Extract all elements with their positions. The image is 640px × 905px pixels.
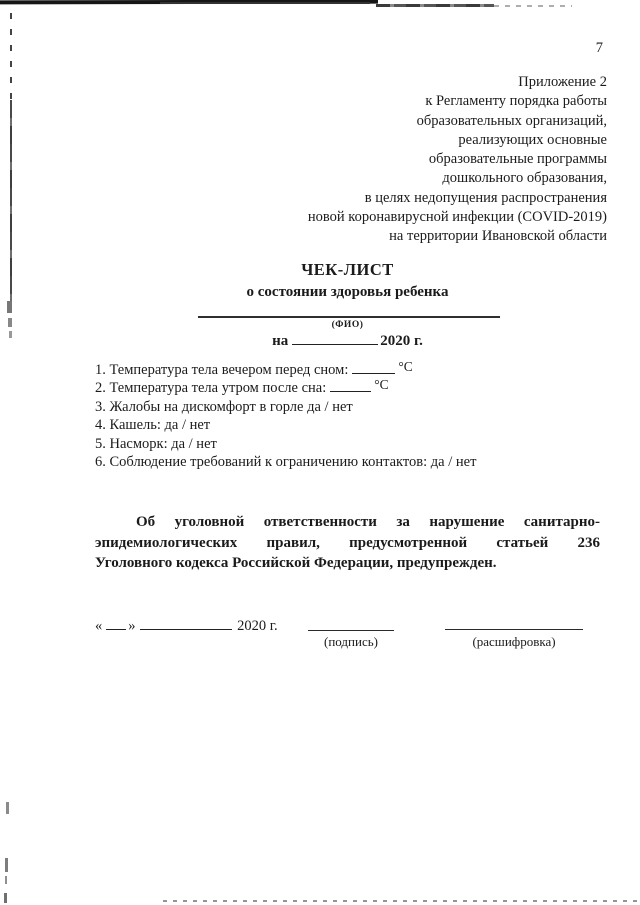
header-line: образовательных организаций, <box>308 112 607 131</box>
checklist-item-throat: 3. Жалобы на дискомфорт в горле да / нет <box>95 398 615 416</box>
checklist: 1. Температура тела вечером перед сном:°… <box>95 361 615 471</box>
header-line: на территории Ивановской области <box>308 227 607 246</box>
header-line: в целях недопущения распространения <box>308 189 607 208</box>
month-blank <box>140 617 232 630</box>
scan-artifact-top-streak-2 <box>160 2 370 4</box>
warning-line: Об уголовной ответственности за нарушени… <box>95 512 600 533</box>
temperature-evening-blank <box>352 361 395 374</box>
scan-artifact-left-line <box>10 100 12 302</box>
header-line: Приложение 2 <box>308 73 607 92</box>
footer-year: 2020 г. <box>237 618 278 634</box>
document-subtitle: о состоянии здоровья ребенка <box>95 284 600 301</box>
footer-date-line: «» 2020 г. <box>95 617 278 635</box>
scan-artifact-mark <box>4 893 7 903</box>
warning-line: Уголовного кодекса Российской Федерации,… <box>95 553 600 574</box>
scan-artifact-blob <box>8 318 12 327</box>
date-blank-line <box>292 332 378 345</box>
title-block: ЧЕК-ЛИСТ о состоянии здоровья ребенка <box>95 260 600 301</box>
header-line: реализующих основные <box>308 131 607 150</box>
signature-label: (подпись) <box>298 634 404 650</box>
temperature-unit: °С <box>374 377 388 392</box>
warning-line: эпидемиологических правил, предусмотренн… <box>95 533 600 554</box>
signature-blank-line <box>308 630 394 631</box>
scan-artifact-bottom-dots <box>163 900 640 902</box>
day-blank <box>106 617 126 630</box>
transcript-label: (расшифровка) <box>440 634 588 650</box>
date-prefix: на <box>272 333 288 349</box>
fio-label: (ФИО) <box>95 320 600 330</box>
scan-artifact-mark <box>6 802 9 814</box>
scan-artifact-mark <box>5 858 8 872</box>
header-line: дошкольного образования, <box>308 169 607 188</box>
fio-blank-line <box>198 316 500 318</box>
scan-artifact-top-streak-3 <box>376 4 494 7</box>
liability-warning-paragraph: Об уголовной ответственности за нарушени… <box>95 512 600 574</box>
checklist-item-temperature-morning: 2. Температура тела утром после сна:°С <box>95 379 615 397</box>
header-line: образовательные программы <box>308 150 607 169</box>
scan-artifact-top-dots <box>494 5 572 7</box>
scanned-document-page: 7 Приложение 2 к Регламенту порядка рабо… <box>0 0 640 905</box>
temperature-morning-blank <box>330 379 371 392</box>
quote-close: » <box>128 618 135 634</box>
temperature-unit: °С <box>398 359 412 374</box>
checklist-item-label: 2. Температура тела утром после сна: <box>95 380 326 396</box>
scan-artifact-mark <box>5 876 7 884</box>
checklist-item-runny-nose: 5. Насморк: да / нет <box>95 435 615 453</box>
scan-artifact-left-dashes <box>10 13 12 101</box>
checklist-item-label: 1. Температура тела вечером перед сном: <box>95 362 348 378</box>
checklist-item-cough: 4. Кашель: да / нет <box>95 416 615 434</box>
date-year: 2020 г. <box>380 333 423 349</box>
header-line: к Регламенту порядка работы <box>308 92 607 111</box>
quote-open: « <box>95 618 102 634</box>
header-line: новой коронавирусной инфекции (COVID-201… <box>308 208 607 227</box>
report-date-line: на2020 г. <box>95 332 600 350</box>
checklist-item-contacts: 6. Соблюдение требований к ограничению к… <box>95 453 615 471</box>
transcript-blank-line <box>445 629 583 630</box>
document-title: ЧЕК-ЛИСТ <box>95 260 600 280</box>
scan-artifact-blob <box>7 301 12 313</box>
scan-artifact-blob <box>9 331 12 338</box>
scan-artifact-top-streak <box>0 0 378 4</box>
page-number: 7 <box>596 40 603 57</box>
checklist-item-temperature-evening: 1. Температура тела вечером перед сном:°… <box>95 361 615 379</box>
appendix-header: Приложение 2 к Регламенту порядка работы… <box>308 73 607 247</box>
